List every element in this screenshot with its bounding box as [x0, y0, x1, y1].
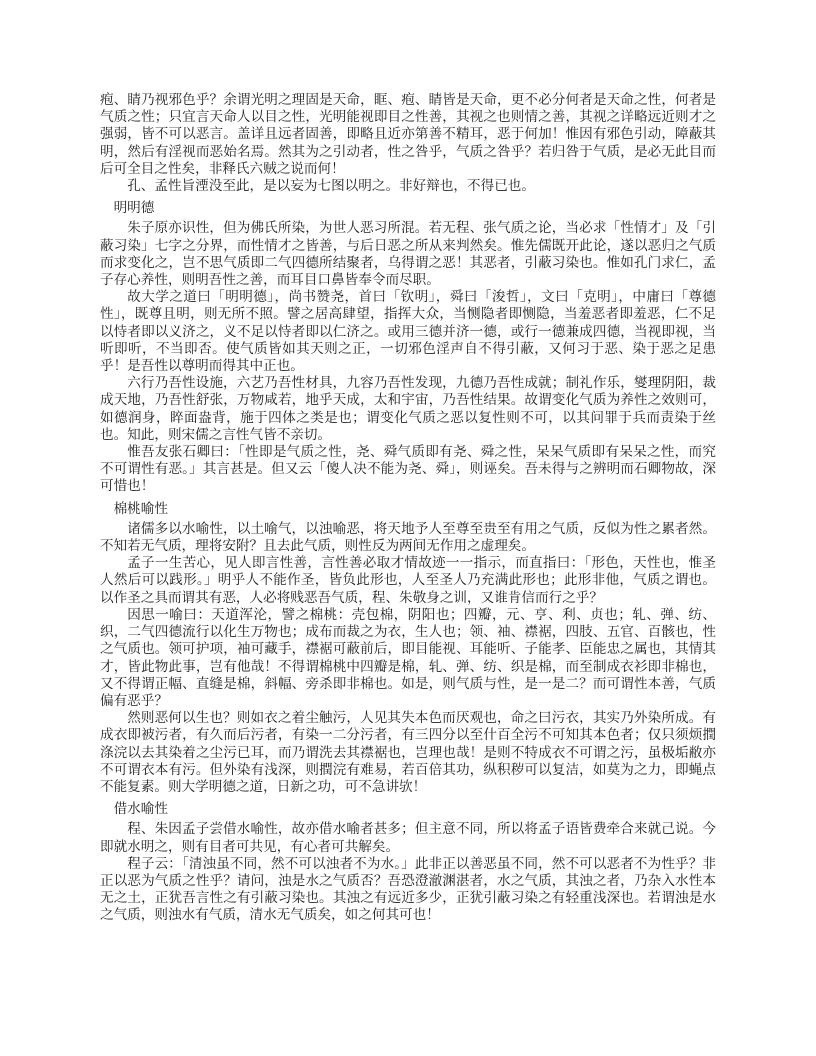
body-paragraph: 疱、睛乃视邪色乎？余谓光明之理固是天命，眶、疱、睛皆是天命，更不必分何者是天命之…: [100, 91, 716, 177]
body-paragraph: 程、朱因孟子尝借水喻性，故亦借水喻者甚多；但主意不同，所以将孟子语皆费牵合来就己…: [100, 820, 716, 854]
body-paragraph: 惟吾友张石卿曰：「性即是气质之性，尧、舜气质即有尧、舜之性，呆呆气质即有呆呆之性…: [100, 443, 716, 495]
body-paragraph: 朱子原亦识性，但为佛氏所染，为世人恶习所混。若无程、张气质之论，当必求「性情才」…: [100, 219, 716, 288]
body-paragraph: 孟子一生苦心，见人即言性善，言性善必取才情故迹一一指示，而直指曰：「形色，天性也…: [100, 554, 716, 606]
section-heading: 明明德: [100, 199, 716, 216]
body-paragraph: 故大学之道曰「明明德」，尚书赞尧，首曰「钦明」，舜曰「浚哲」，文曰「克明」，中庸…: [100, 288, 716, 374]
body-paragraph: 因思一喻曰：天道浑沦，譬之棉桃：壳包棉，阴阳也；四瓣，元、亨、利、贞也；轧、弹、…: [100, 606, 716, 709]
section-heading: 借水喻性: [100, 800, 716, 817]
text-column: 疱、睛乃视邪色乎？余谓光明之理固是天命，眶、疱、睛皆是天命，更不必分何者是天命之…: [100, 91, 716, 924]
body-paragraph: 然则恶何以生也？则如衣之着尘触污，人见其失本色而厌观也，命之曰污衣，其实乃外染所…: [100, 709, 716, 795]
body-paragraph: 诸儒多以水喻性，以土喻气，以浊喻恶，将天地予人至尊至贵至有用之气质，反似为性之累…: [100, 520, 716, 554]
body-paragraph: 六行乃吾性设施，六艺乃吾性材具，九容乃吾性发现，九德乃吾性成就；制礼作乐，燮理阴…: [100, 374, 716, 443]
document-page: 疱、睛乃视邪色乎？余谓光明之理固是天命，眶、疱、睛皆是天命，更不必分何者是天命之…: [0, 0, 816, 1056]
section-heading: 棉桃喻性: [100, 500, 716, 517]
body-paragraph: 程子云：「清浊虽不同，然不可以浊者不为水。」此非正以善恶虽不同，然不可以恶者不为…: [100, 855, 716, 924]
body-paragraph: 孔、孟性旨湮没至此，是以妄为七图以明之。非好辩也，不得已也。: [100, 177, 716, 194]
